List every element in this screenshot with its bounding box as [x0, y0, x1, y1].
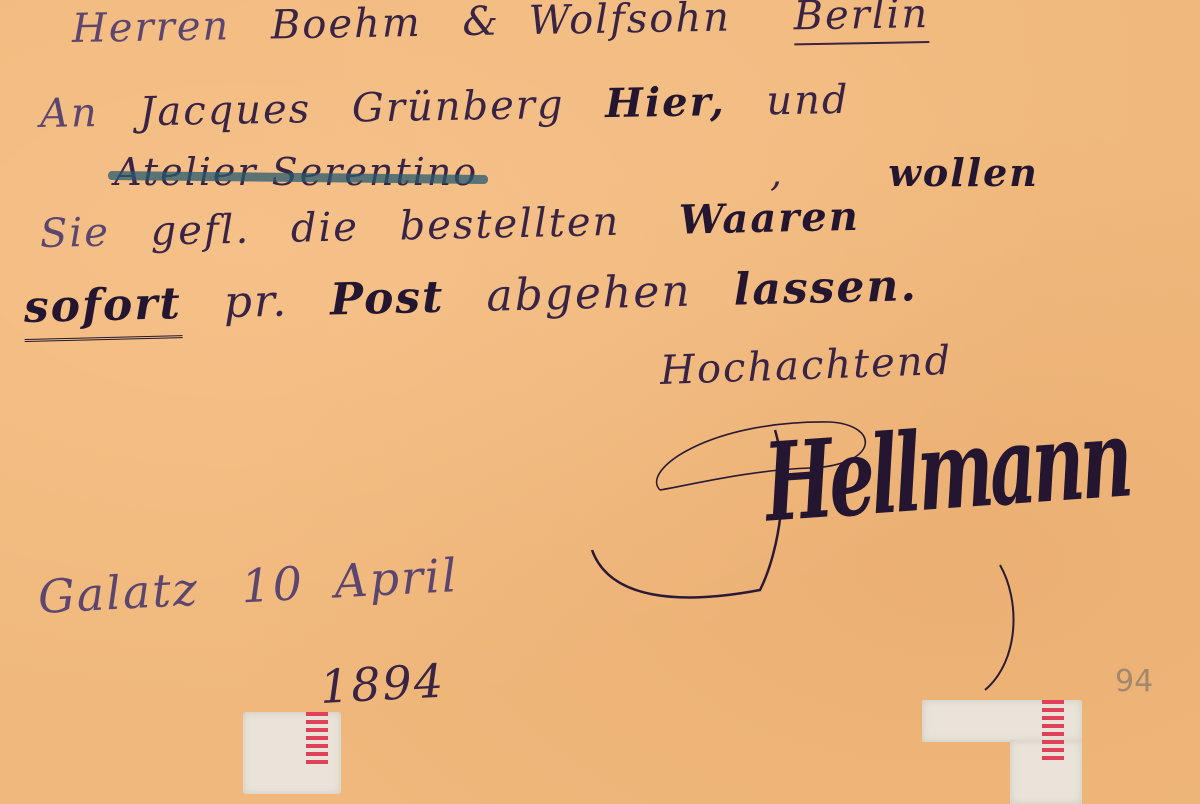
recipient-first-name: Jacques: [139, 86, 312, 135]
addressee-name-1: Boehm: [270, 0, 422, 49]
pencil-note: 94: [1115, 664, 1153, 699]
word-gefl: gefl.: [150, 207, 251, 255]
word-wollen: wollen: [888, 150, 1039, 195]
line-5: sofort pr. Post abgehen lassen.: [23, 260, 944, 342]
recipient-last-name: Grünberg: [352, 82, 565, 132]
struck-out-text: Atelier Serentino: [114, 150, 478, 194]
line-4: Sie gefl. die bestellten Waaren: [40, 192, 887, 257]
place-date-line: Galatz 10 April: [37, 547, 486, 624]
line-3: Atelier Serentino: [60, 150, 478, 194]
place: Galatz: [37, 562, 201, 624]
line-2: An Jacques Grünberg Hier, und: [40, 75, 876, 137]
word-pr: pr.: [223, 276, 289, 329]
closing-word: Hochachtend: [659, 338, 953, 394]
salutation-line: Herren Boehm & Wolfsohn Berlin: [72, 0, 956, 58]
ampersand: &: [462, 0, 500, 45]
closing-line: Hochachtend: [659, 337, 979, 394]
word-lassen: lassen.: [733, 260, 918, 315]
word-an: An: [40, 90, 99, 137]
word-sie: Sie: [40, 210, 111, 257]
line-3-tail: , wollen: [770, 150, 1065, 195]
addressee-city: Berlin: [793, 0, 929, 45]
postcard: Herren Boehm & Wolfsohn Berlin An Jacque…: [0, 0, 1200, 804]
addressee-name-2: Wolfsohn: [528, 0, 731, 44]
word-und: und: [766, 77, 850, 124]
word-hier: Hier,: [605, 78, 726, 127]
word-waaren: Waaren: [678, 193, 860, 244]
comma: ,: [770, 151, 784, 195]
day: 10: [240, 556, 305, 613]
word-die: die: [290, 204, 359, 251]
stamp-stripes-left: [306, 712, 328, 768]
word-abgehen: abgehen: [486, 266, 693, 322]
month: April: [333, 548, 460, 608]
salutation-word: Herren: [72, 3, 231, 52]
word-post: Post: [329, 272, 445, 326]
signature: Hellmann: [761, 394, 1133, 547]
year: 1894: [319, 653, 447, 713]
stamp-stripes-right: [1042, 700, 1064, 760]
word-bestellten: bestellten: [399, 199, 621, 250]
word-sofort: sofort: [23, 278, 182, 342]
